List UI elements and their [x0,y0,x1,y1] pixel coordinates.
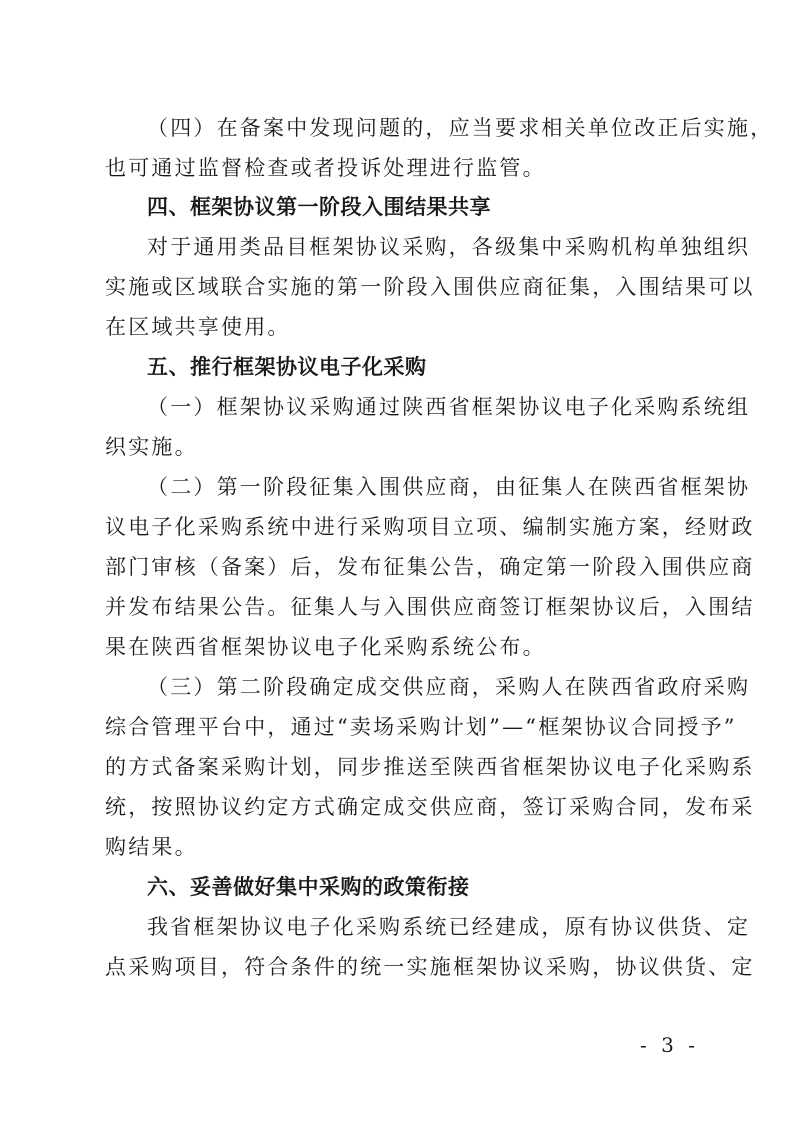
paragraph-5-3-line-5: 购结果。 [105,833,705,861]
paragraph-4-4-line-1: （四）在备案中发现问题的，应当要求相关单位改正后实施， [147,114,747,142]
paragraph-5-2-line-4: 并发布结果公告。征集人与入围供应商签订框架协议后，入围结 [105,593,705,621]
paragraph-5-3-line-3: 的方式备案采购计划，同步推送至陕西省框架协议电子化采购系 [105,753,705,781]
paragraph-5-3-line-2: 综合管理平台中，通过“卖场采购计划”—“框架协议合同授予” [105,713,705,741]
paragraph-5-2-line-2: 议电子化采购系统中进行采购项目立项、编制实施方案，经财政 [105,513,705,541]
paragraph-5-1-line-1: （一）框架协议采购通过陕西省框架协议电子化采购系统组 [147,393,747,421]
paragraph-5-3-line-1: （三）第二阶段确定成交供应商，采购人在陕西省政府采购 [147,673,747,701]
section-6-para-line-1: 我省框架协议电子化采购系统已经建成，原有协议供货、定 [147,913,747,941]
section-4-para-line-2: 实施或区域联合实施的第一阶段入围供应商征集，入围结果可以 [105,273,705,301]
section-6-para-line-2: 点采购项目，符合条件的统一实施框架协议采购，协议供货、定 [105,953,705,981]
paragraph-5-2-line-3: 部门审核（备案）后，发布征集公告，确定第一阶段入围供应商 [105,553,705,581]
page-number: - 3 - [640,1033,699,1057]
section-heading-5: 五、推行框架协议电子化采购 [147,353,747,381]
section-heading-6: 六、妥善做好集中采购的政策衔接 [147,873,747,901]
paragraph-5-1-line-2: 织实施。 [105,433,705,461]
paragraph-5-3-line-4: 统，按照协议约定方式确定成交供应商，签订采购合同，发布采 [105,793,705,821]
paragraph-4-4-line-2: 也可通过监督检查或者投诉处理进行监管。 [105,154,705,182]
section-4-para-line-1: 对于通用类品目框架协议采购，各级集中采购机构单独组织 [147,233,747,261]
section-4-para-line-3: 在区域共享使用。 [105,313,705,341]
document-page: （四）在备案中发现问题的，应当要求相关单位改正后实施， 也可通过监督检查或者投诉… [0,0,793,1122]
section-heading-4: 四、框架协议第一阶段入围结果共享 [147,193,747,221]
paragraph-5-2-line-5: 果在陕西省框架协议电子化采购系统公布。 [105,633,705,661]
paragraph-5-2-line-1: （二）第一阶段征集入围供应商，由征集人在陕西省框架协 [147,473,747,501]
